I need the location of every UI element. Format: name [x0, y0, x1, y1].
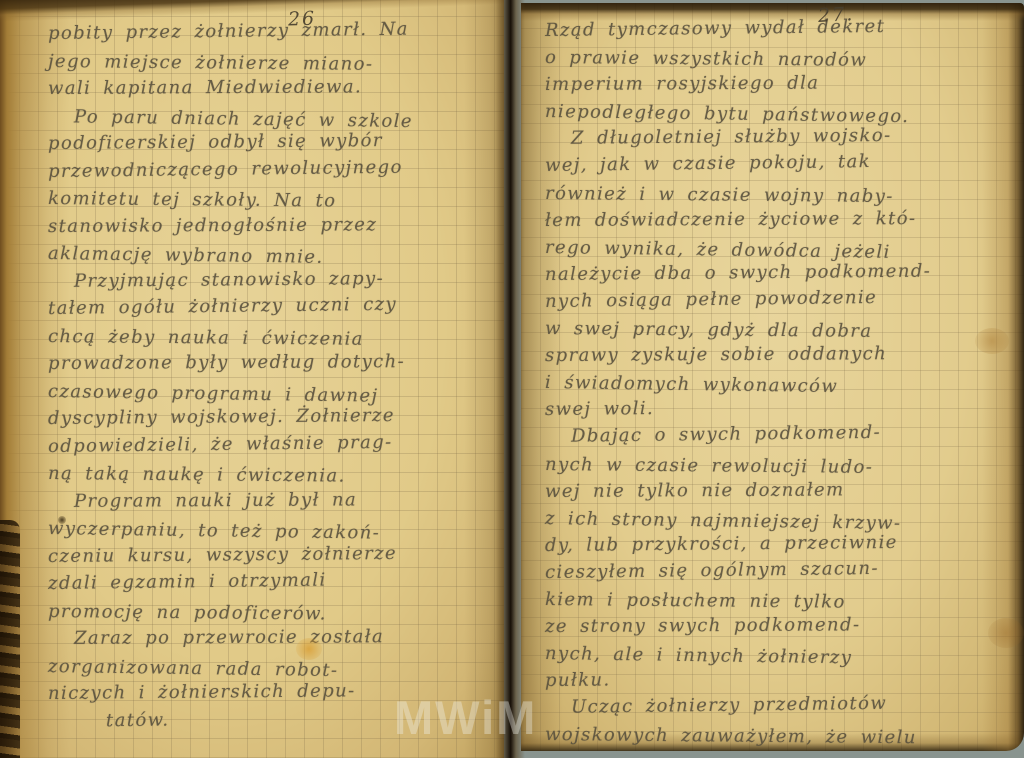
- left-page-text: pobity przez żołnierzy zmarł. Na jego mi…: [48, 20, 504, 735]
- left-page: 26 pobity przez żołnierzy zmarł. Na jego…: [0, 0, 504, 758]
- handwritten-line: Program nauki już był na: [48, 485, 504, 515]
- handwritten-line: zdali egzamin i otrzymali: [48, 564, 504, 597]
- handwritten-line: wojskowych zauważyłem, że wielu: [545, 721, 1023, 751]
- handwritten-line: wej nie tylko nie doznałem: [545, 475, 1023, 505]
- right-page-number: 27.: [817, 3, 854, 27]
- handwritten-line: przewodniczącego rewolucyjnego: [48, 152, 504, 185]
- handwritten-line: nych osiąga pełne powodzenie: [545, 282, 1023, 315]
- right-page-text: Rząd tymczasowy wydał dekret o prawie ws…: [545, 17, 1023, 749]
- scanned-notebook-spread: 26 pobity przez żołnierzy zmarł. Na jego…: [0, 0, 1024, 758]
- book-gutter-shadow: [495, 0, 525, 758]
- paper-stain: [975, 328, 1009, 354]
- paper-stain: [296, 638, 322, 660]
- handwritten-line: Zaraz po przewrocie została: [48, 623, 504, 653]
- handwritten-line: Ucząc żołnierzy przedmiotów: [545, 689, 1023, 722]
- handwritten-line: Rząd tymczasowy wydał dekret: [545, 11, 1023, 44]
- worn-page-edges: [0, 520, 20, 758]
- handwritten-line: prowadzone były według dotych-: [48, 348, 504, 378]
- handwritten-line: Dbając o swych podkomend-: [545, 418, 1023, 451]
- paper-stain: [988, 618, 1024, 648]
- handwritten-line: ze strony swych podkomend-: [545, 611, 1023, 641]
- handwritten-line: stanowisko jednogłośnie przez: [48, 210, 504, 240]
- handwritten-line: odpowiedzieli, że właśnie prag-: [48, 427, 504, 460]
- handwritten-line: łem doświadczenie życiowe z któ-: [545, 204, 1023, 234]
- handwritten-line: wej, jak w czasie pokoju, tak: [545, 147, 1023, 180]
- right-page: 27. Rząd tymczasowy wydał dekret o prawi…: [521, 3, 1024, 751]
- handwritten-line: wali kapitana Miedwiediewa.: [48, 73, 504, 103]
- archive-watermark: MWiM: [394, 690, 537, 745]
- handwritten-line: pobity przez żołnierzy zmarł. Na: [48, 14, 504, 47]
- handwritten-line: tałem ogółu żołnierzy uczni czy: [48, 289, 504, 322]
- left-page-number: 26: [288, 8, 317, 31]
- handwritten-line: cieszyłem się ogólnym szacun-: [545, 553, 1023, 586]
- paper-stain: [58, 516, 66, 524]
- handwritten-line: imperium rosyjskiego dla: [545, 69, 1023, 99]
- handwritten-line: sprawy zyskuje sobie oddanych: [545, 340, 1023, 370]
